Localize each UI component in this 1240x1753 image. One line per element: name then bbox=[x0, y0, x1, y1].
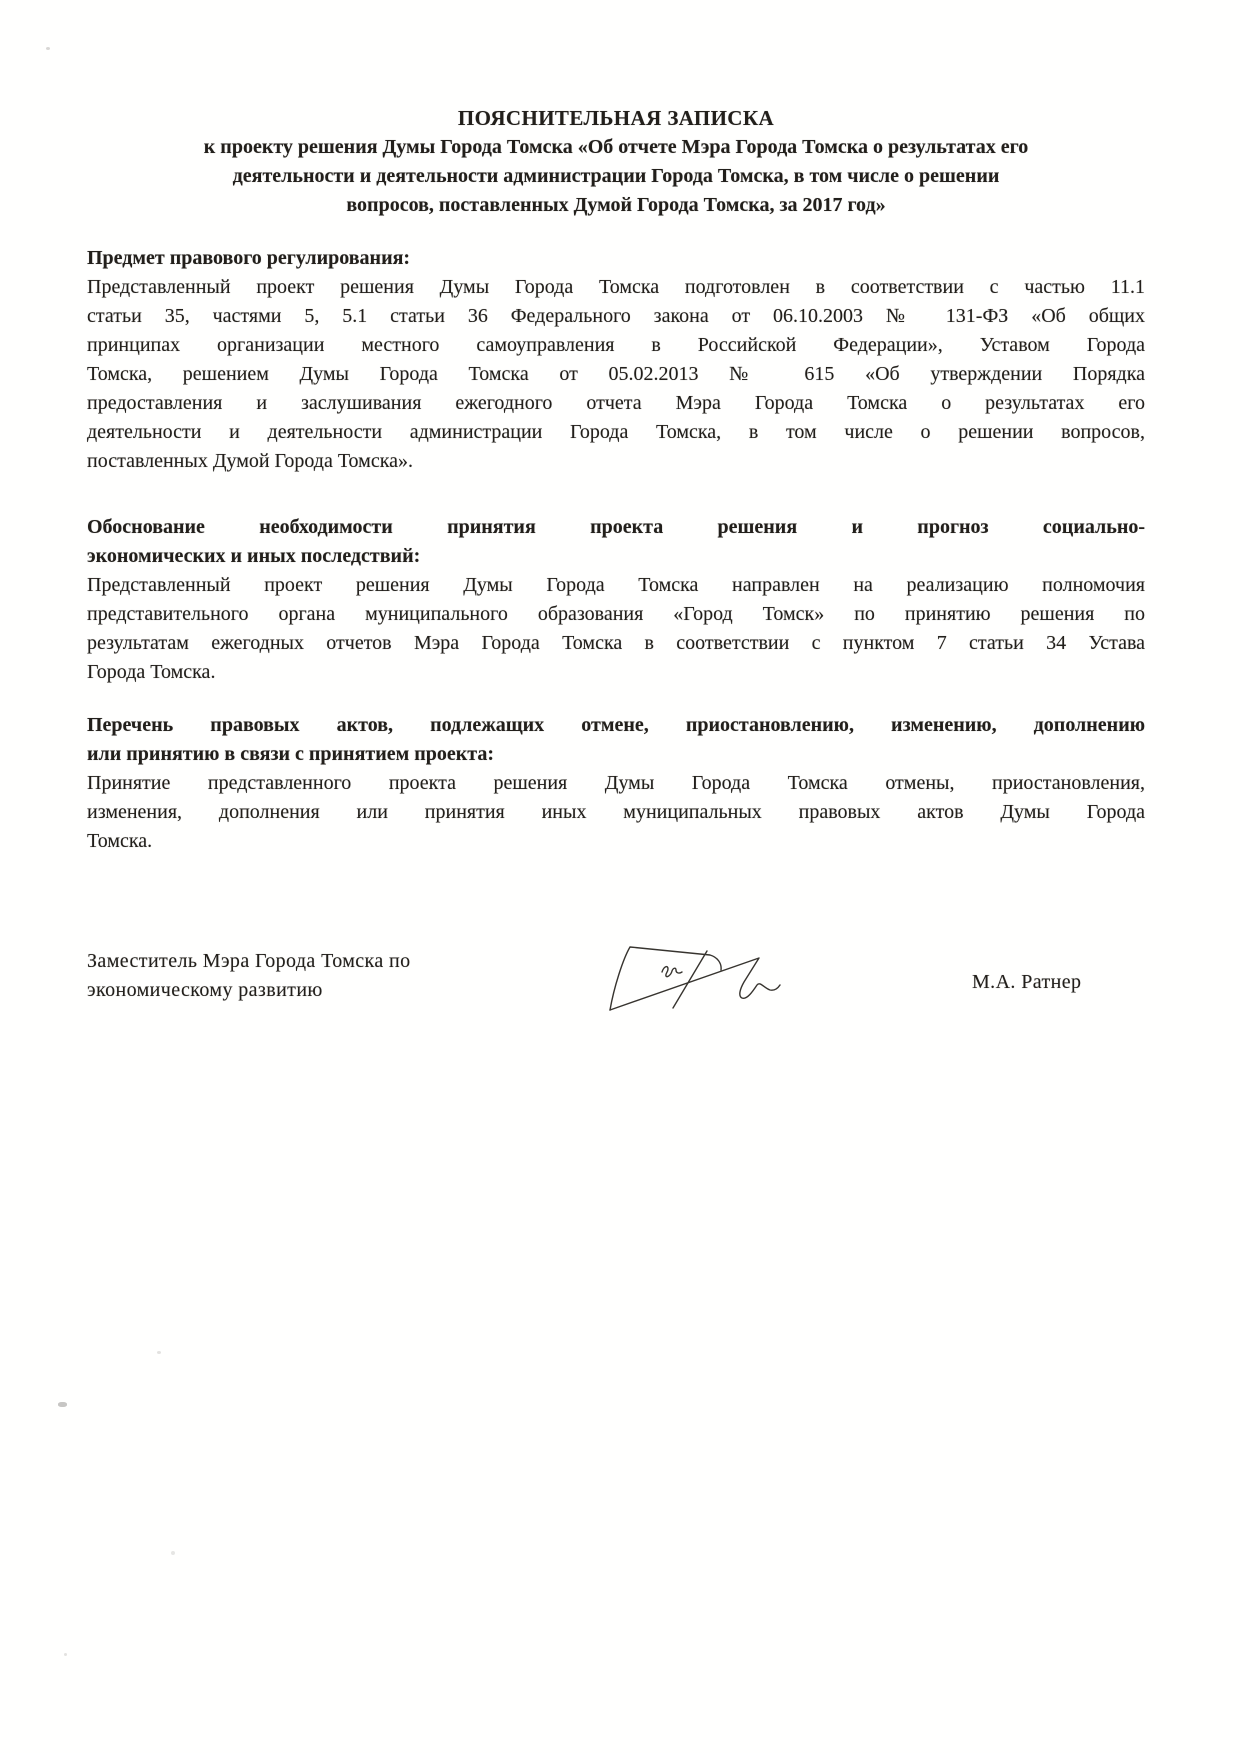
body-line: Томска. bbox=[87, 827, 1145, 856]
section-body: Представленный проект решения Думы Город… bbox=[87, 273, 1145, 476]
subtitle-line: вопросов, поставленных Думой Города Томс… bbox=[87, 191, 1145, 220]
section-body: Представленный проект решения Думы Город… bbox=[87, 571, 1145, 687]
scan-speck bbox=[157, 1351, 161, 1354]
document-title: ПОЯСНИТЕЛЬНАЯ ЗАПИСКА bbox=[87, 104, 1145, 133]
body-line: Представленный проект решения Думы Город… bbox=[87, 571, 1145, 600]
body-line: Представленный проект решения Думы Город… bbox=[87, 273, 1145, 302]
section-justification: Обоснование необходимости принятия проек… bbox=[87, 513, 1145, 687]
body-line: деятельности и деятельности администраци… bbox=[87, 418, 1145, 447]
handwritten-signature-icon bbox=[607, 939, 783, 1019]
body-line: представительного органа муниципального … bbox=[87, 600, 1145, 629]
body-line: Томска, решением Думы Города Томска от 0… bbox=[87, 360, 1145, 389]
signature-block: Заместитель Мэра Города Томска по эконом… bbox=[87, 947, 1145, 1037]
section-heading: Обоснование необходимости принятия проек… bbox=[87, 513, 1145, 571]
body-line: принципах организации местного самоуправ… bbox=[87, 331, 1145, 360]
document-page: ПОЯСНИТЕЛЬНАЯ ЗАПИСКА к проекту решения … bbox=[0, 0, 1240, 1753]
signatory-position: Заместитель Мэра Города Томска по эконом… bbox=[87, 947, 489, 1005]
scan-speck bbox=[171, 1551, 175, 1555]
scan-speck bbox=[46, 47, 50, 50]
heading-line: Перечень правовых актов, подлежащих отме… bbox=[87, 711, 1145, 740]
heading-line: Обоснование необходимости принятия проек… bbox=[87, 513, 1145, 542]
section-heading: Предмет правового регулирования: bbox=[87, 244, 1145, 273]
body-line: Принятие представленного проекта решения… bbox=[87, 769, 1145, 798]
scan-speck bbox=[58, 1402, 67, 1407]
document-subtitle: к проекту решения Думы Города Томска «Об… bbox=[87, 133, 1145, 220]
scan-speck bbox=[64, 1653, 67, 1656]
section-acts-list: Перечень правовых актов, подлежащих отме… bbox=[87, 711, 1145, 856]
subtitle-line: деятельности и деятельности администраци… bbox=[87, 162, 1145, 191]
body-line: Города Томска. bbox=[87, 658, 1145, 687]
section-subject: Предмет правового регулирования: Предста… bbox=[87, 244, 1145, 476]
body-line: изменения, дополнения или принятия иных … bbox=[87, 798, 1145, 827]
body-line: поставленных Думой Города Томска». bbox=[87, 447, 1145, 476]
body-line: статьи 35, частями 5, 5.1 статьи 36 Феде… bbox=[87, 302, 1145, 331]
heading-line: экономических и иных последствий: bbox=[87, 542, 1145, 571]
subtitle-line: к проекту решения Думы Города Томска «Об… bbox=[87, 133, 1145, 162]
section-heading: Перечень правовых актов, подлежащих отме… bbox=[87, 711, 1145, 769]
section-body: Принятие представленного проекта решения… bbox=[87, 769, 1145, 856]
body-line: результатам ежегодных отчетов Мэра Город… bbox=[87, 629, 1145, 658]
signatory-name: М.А. Ратнер bbox=[972, 971, 1081, 994]
heading-line: или принятию в связи с принятием проекта… bbox=[87, 740, 1145, 769]
body-line: предоставления и заслушивания ежегодного… bbox=[87, 389, 1145, 418]
